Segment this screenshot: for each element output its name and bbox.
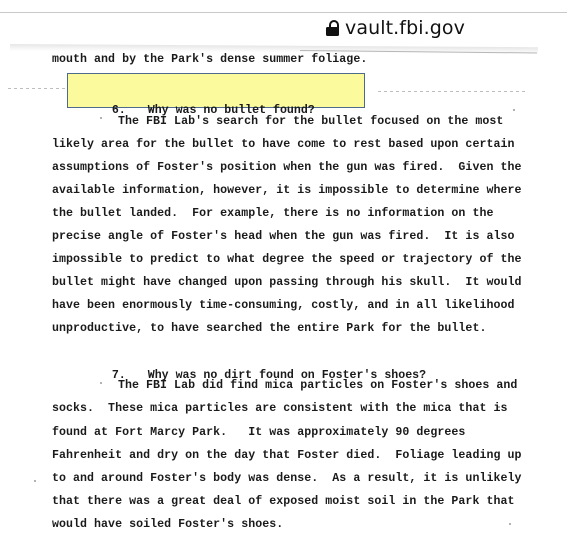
section-6-line: likely area for the bullet to have come …	[52, 138, 515, 151]
continued-text-line: mouth and by the Park's dense summer fol…	[52, 53, 367, 66]
scan-speck	[100, 382, 102, 384]
section-7-line: Fahrenheit and dry on the day that Foste…	[52, 449, 522, 462]
section-6-line: assumptions of Foster's position when th…	[52, 161, 522, 174]
section-6-line: bullet might have changed upon passing t…	[52, 276, 522, 289]
scan-speck	[509, 523, 511, 525]
section-7-line: that there was a great deal of exposed m…	[52, 495, 515, 508]
section-6-line: unproductive, to have searched the entir…	[52, 322, 486, 335]
section-7-line: would have soiled Foster's shoes.	[52, 518, 283, 531]
scan-speck	[498, 406, 500, 408]
scan-artifact-streak	[378, 91, 528, 92]
scanned-document: mouth and by the Park's dense summer fol…	[0, 0, 567, 543]
section-6-line: the bullet landed. For example, there is…	[52, 207, 493, 220]
section-6-line: precise angle of Foster's head when the …	[52, 230, 515, 243]
section-7-line: to and around Foster's body was dense. A…	[52, 472, 522, 485]
section-6-line: impossible to predict to what degree the…	[52, 253, 522, 266]
section-6-line: The FBI Lab's search for the bullet focu…	[118, 115, 503, 128]
section-6-line: available information, however, it is im…	[52, 184, 522, 197]
section-6-line: have been enormously time-consuming, cos…	[52, 299, 515, 312]
scan-speck	[100, 117, 102, 119]
section-7-line: socks. These mica particles are consiste…	[52, 402, 507, 415]
scan-artifact-streak	[8, 88, 68, 89]
section-7-line: The FBI Lab did find mica particles on F…	[118, 379, 517, 392]
scan-speck	[513, 109, 515, 111]
section-7-line: found at Fort Marcy Park. It was approxi…	[52, 426, 465, 439]
scan-speck	[34, 480, 36, 482]
